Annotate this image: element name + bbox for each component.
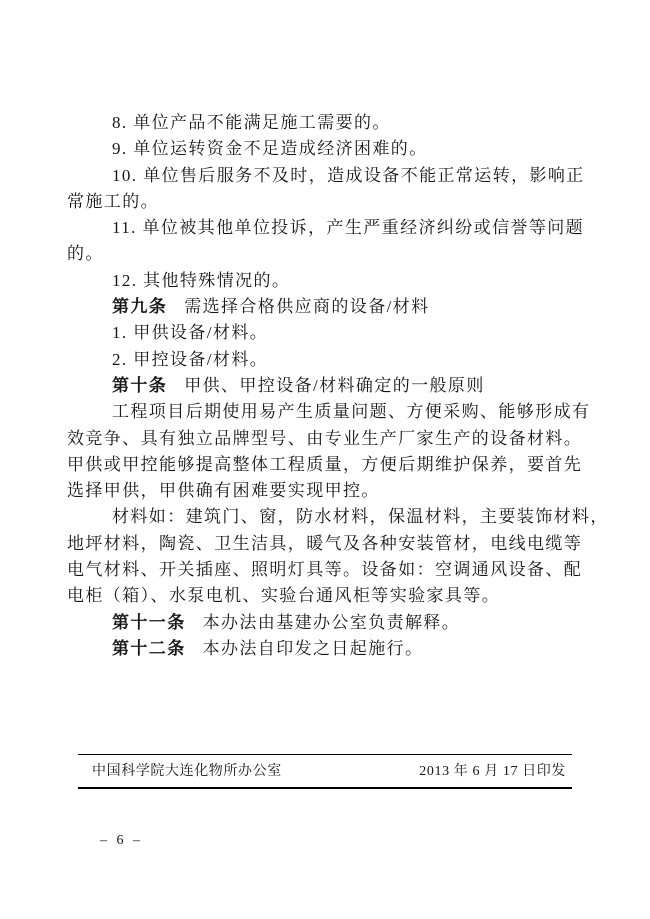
footer-print-date: 2013 年 6 月 17 日印发 <box>419 763 566 781</box>
line-text: 效竞争、具有独立品牌型号、由专业生产厂家生产的设备材料。 <box>67 429 582 448</box>
line-text: 8. 单位产品不能满足施工需要的。 <box>112 113 391 132</box>
line-text: 材料如：建筑门、窗，防水材料，保温材料，主要装饰材料， <box>112 507 609 526</box>
footer-rule-thick <box>78 787 572 789</box>
document-line: 12. 其他特殊情况的。 <box>67 268 589 294</box>
line-text: 12. 其他特殊情况的。 <box>112 271 290 290</box>
document-line: 材料如：建筑门、窗，防水材料，保温材料，主要装饰材料， <box>67 504 589 530</box>
line-text: 甲供或甲控能够提高整体工程质量，方便后期维护保养，要首先 <box>67 455 582 474</box>
document-line: 第十二条本办法自印发之日起施行。 <box>67 636 589 662</box>
document-line: 常施工的。 <box>67 189 589 215</box>
document-line: 11. 单位被其他单位投诉，产生严重经济纠纷或信誉等问题 <box>67 215 589 241</box>
article-number: 第十二条 <box>112 639 186 658</box>
document-line: 10. 单位售后服务不及时，造成设备不能正常运转，影响正 <box>67 163 589 189</box>
line-text: 电柜（箱）、水泵电机、实验台通风柜等实验家具等。 <box>67 586 500 605</box>
document-line: 1. 甲供设备/材料。 <box>67 320 589 346</box>
line-text: 甲供、甲控设备/材料确定的一般原则 <box>184 376 485 395</box>
article-number: 第九条 <box>112 297 167 316</box>
footer-issuer: 中国科学院大连化物所办公室 <box>92 763 282 781</box>
line-text: 9. 单位运转资金不足造成经济困难的。 <box>112 139 428 158</box>
line-text: 1. 甲供设备/材料。 <box>112 323 268 342</box>
document-body: 8. 单位产品不能满足施工需要的。9. 单位运转资金不足造成经济困难的。10. … <box>67 110 589 662</box>
document-line: 8. 单位产品不能满足施工需要的。 <box>67 110 589 136</box>
document-line: 工程项目后期使用易产生质量问题、方便采购、能够形成有 <box>67 399 589 425</box>
footer-rule-thin <box>78 754 572 755</box>
line-text: 2. 甲控设备/材料。 <box>112 350 268 369</box>
document-line: 9. 单位运转资金不足造成经济困难的。 <box>67 136 589 162</box>
line-text: 的。 <box>67 244 104 263</box>
line-text: 需选择合格供应商的设备/材料 <box>184 297 429 316</box>
document-line: 甲供或甲控能够提高整体工程质量，方便后期维护保养，要首先 <box>67 452 589 478</box>
line-text: 电气材料、开关插座、照明灯具等。设备如：空调通风设备、配 <box>67 560 582 579</box>
footer: 中国科学院大连化物所办公室 2013 年 6 月 17 日印发 <box>92 763 566 781</box>
line-text: 工程项目后期使用易产生质量问题、方便采购、能够形成有 <box>112 402 590 421</box>
document-line: 2. 甲控设备/材料。 <box>67 347 589 373</box>
page-number: – 6 – <box>100 832 143 850</box>
document-line: 电柜（箱）、水泵电机、实验台通风柜等实验家具等。 <box>67 583 589 609</box>
document-line: 效竞争、具有独立品牌型号、由专业生产厂家生产的设备材料。 <box>67 426 589 452</box>
line-text: 本办法由基建办公室负责解释。 <box>203 613 461 632</box>
document-line: 第十一条本办法由基建办公室负责解释。 <box>67 610 589 636</box>
document-line: 地坪材料，陶瓷、卫生洁具，暖气及各种安装管材，电线电缆等 <box>67 531 589 557</box>
document-line: 的。 <box>67 241 589 267</box>
document-line: 电气材料、开关插座、照明灯具等。设备如：空调通风设备、配 <box>67 557 589 583</box>
document-page: 8. 单位产品不能满足施工需要的。9. 单位运转资金不足造成经济困难的。10. … <box>0 0 650 919</box>
line-text: 11. 单位被其他单位投诉，产生严重经济纠纷或信誉等问题 <box>112 218 584 237</box>
document-line: 选择甲供，甲供确有困难要实现甲控。 <box>67 478 589 504</box>
article-number: 第十条 <box>112 376 167 395</box>
article-number: 第十一条 <box>112 613 186 632</box>
line-text: 10. 单位售后服务不及时，造成设备不能正常运转，影响正 <box>112 166 585 185</box>
document-line: 第十条甲供、甲控设备/材料确定的一般原则 <box>67 373 589 399</box>
line-text: 选择甲供，甲供确有困难要实现甲控。 <box>67 481 380 500</box>
line-text: 常施工的。 <box>67 192 159 211</box>
document-line: 第九条需选择合格供应商的设备/材料 <box>67 294 589 320</box>
line-text: 本办法自印发之日起施行。 <box>203 639 424 658</box>
line-text: 地坪材料，陶瓷、卫生洁具，暖气及各种安装管材，电线电缆等 <box>67 534 582 553</box>
